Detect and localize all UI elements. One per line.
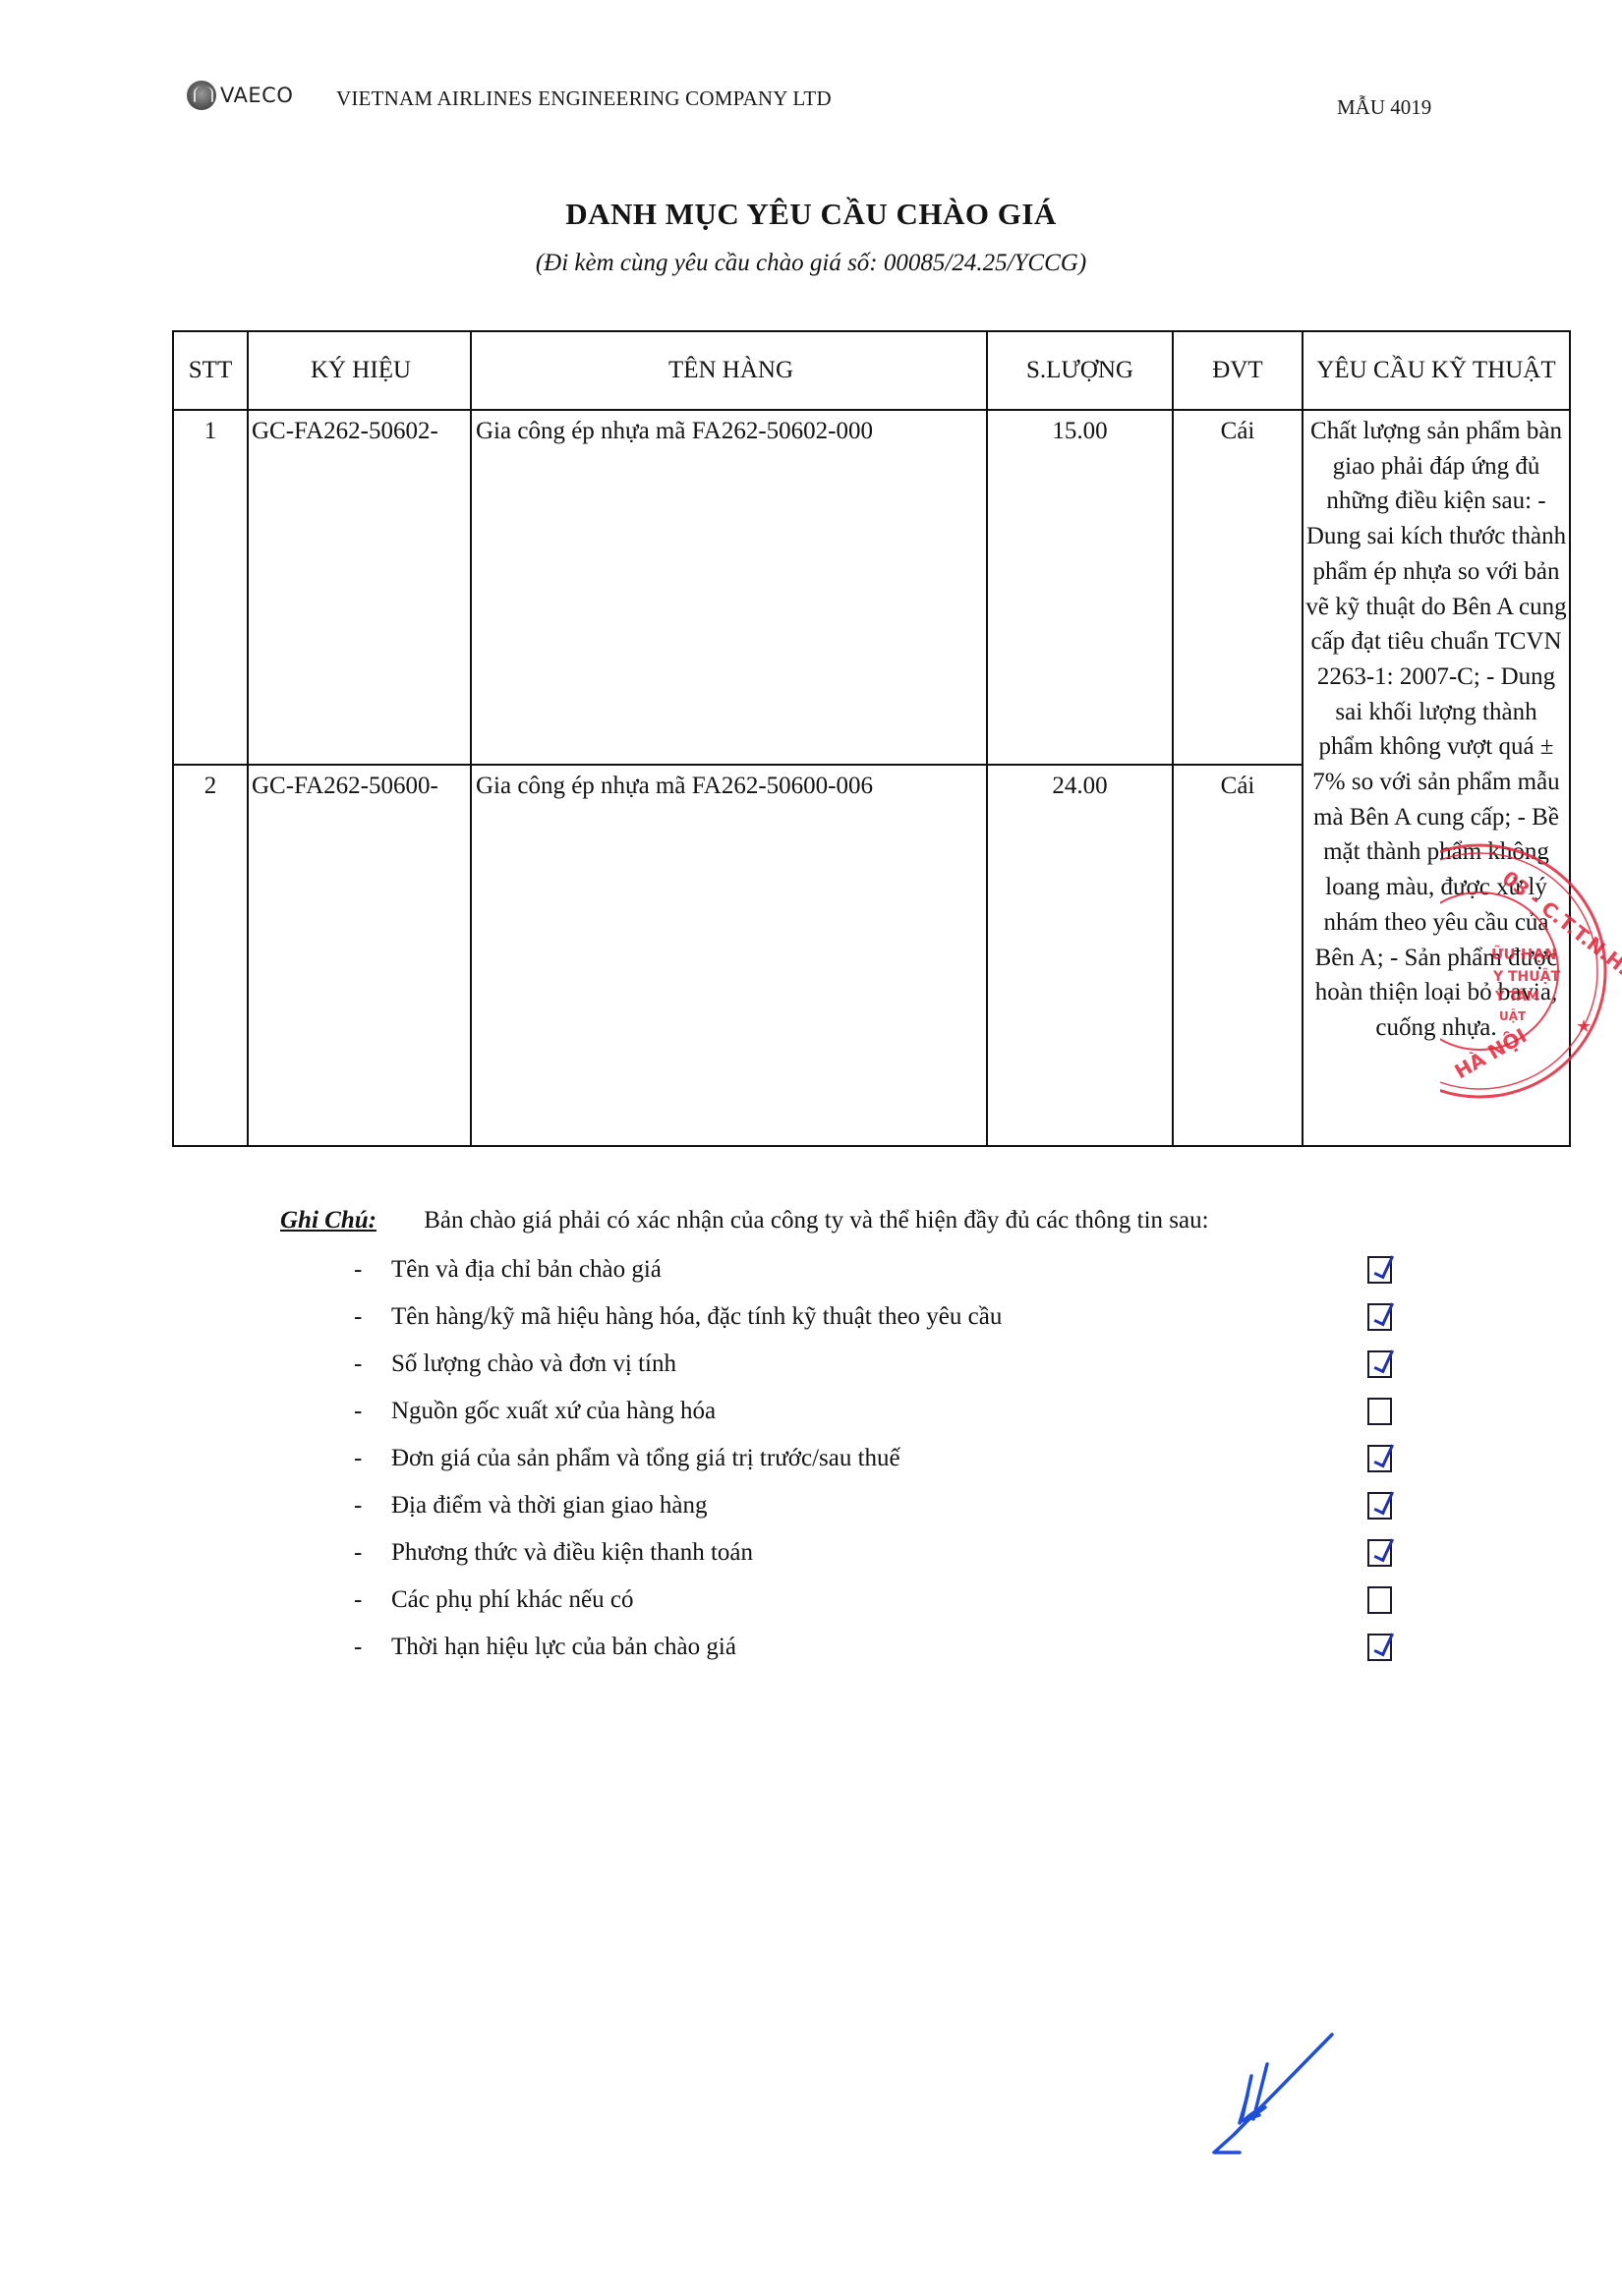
checklist-item: - Các phụ phí khác nếu có (354, 1577, 1406, 1624)
checklist-item: - Số lượng chào và đơn vị tính (354, 1341, 1406, 1388)
cell-stt: 1 (173, 410, 248, 765)
checkbox-checked-icon[interactable] (1367, 1350, 1392, 1378)
checklist-item-label: Đơn giá của sản phẩm và tổng giá trị trư… (391, 1445, 1367, 1472)
checklist-item-label: Địa điểm và thời gian giao hàng (391, 1492, 1367, 1520)
checkbox-checked-icon[interactable] (1367, 1492, 1392, 1520)
checkbox-checked-icon[interactable] (1367, 1634, 1392, 1661)
bullet-dash: - (354, 1350, 391, 1378)
checklist-item: - Địa điểm và thời gian giao hàng (354, 1482, 1406, 1529)
cell-name: Gia công ép nhựa mã FA262-50600-006 (471, 765, 987, 1146)
checklist-item: - Phương thức và điều kiện thanh toán (354, 1529, 1406, 1577)
checklist-item: - Tên hàng/kỹ mã hiệu hàng hóa, đặc tính… (354, 1293, 1406, 1341)
checklist-item-label: Tên và địa chỉ bản chào giá (391, 1256, 1367, 1284)
requirements-checklist: - Tên và địa chỉ bản chào giá - Tên hàng… (354, 1246, 1406, 1671)
checklist-item-label: Tên hàng/kỹ mã hiệu hàng hóa, đặc tính k… (391, 1303, 1367, 1331)
checklist-item: - Đơn giá của sản phẩm và tổng giá trị t… (354, 1435, 1406, 1482)
checkbox-checked-icon[interactable] (1367, 1303, 1392, 1331)
checklist-item: - Tên và địa chỉ bản chào giá (354, 1246, 1406, 1293)
notes-section: Ghi Chú: Bản chào giá phải có xác nhận c… (280, 1207, 1209, 1234)
checklist-item-label: Phương thức và điều kiện thanh toán (391, 1539, 1367, 1567)
logo-text: VAECO (220, 84, 293, 107)
svg-text:Y THUẬT: Y THUẬT (1492, 967, 1560, 985)
svg-text:UẬT: UẬT (1499, 1008, 1527, 1023)
svg-text:ỮU HẠN: ỮU HẠN (1491, 945, 1557, 963)
cell-unit: Cái (1173, 410, 1303, 765)
lotus-logo-icon (187, 81, 216, 110)
checklist-item-label: Nguồn gốc xuất xứ của hàng hóa (391, 1398, 1367, 1425)
bullet-dash: - (354, 1256, 391, 1284)
bullet-dash: - (354, 1634, 391, 1661)
bullet-dash: - (354, 1398, 391, 1425)
checkbox-checked-icon[interactable] (1367, 1445, 1392, 1472)
bullet-dash: - (354, 1586, 391, 1614)
document-title: DANH MỤC YÊU CẦU CHÀO GIÁ (0, 197, 1622, 232)
bullet-dash: - (354, 1303, 391, 1331)
cell-unit: Cái (1173, 765, 1303, 1146)
bullet-dash: - (354, 1445, 391, 1472)
table-header-row: STT KÝ HIỆU TÊN HÀNG S.LƯỢNG ĐVT YÊU CẦU… (173, 331, 1570, 410)
company-logo: VAECO (187, 81, 293, 110)
company-name: VIETNAM AIRLINES ENGINEERING COMPANY LTD (336, 86, 832, 111)
form-code: MẪU 4019 (1337, 95, 1431, 120)
cell-code: GC-FA262-50600- (248, 765, 471, 1146)
col-header-unit: ĐVT (1173, 331, 1303, 410)
svg-text:HÀ NỘI: HÀ NỘI (1451, 1023, 1532, 1083)
cell-quantity: 15.00 (987, 410, 1173, 765)
bullet-dash: - (354, 1492, 391, 1520)
col-header-quantity: S.LƯỢNG (987, 331, 1173, 410)
cell-quantity: 24.00 (987, 765, 1173, 1146)
document-subtitle: (Đi kèm cùng yêu cầu chào giá số: 00085/… (0, 250, 1622, 277)
col-header-name: TÊN HÀNG (471, 331, 987, 410)
checkbox-checked-icon[interactable] (1367, 1256, 1392, 1284)
bullet-dash: - (354, 1539, 391, 1567)
checklist-item-label: Thời hạn hiệu lực của bản chào giá (391, 1634, 1367, 1661)
col-header-stt: STT (173, 331, 248, 410)
checkbox-unchecked-icon[interactable] (1367, 1586, 1392, 1614)
table-row: 1 GC-FA262-50602- Gia công ép nhựa mã FA… (173, 410, 1570, 765)
svg-text:★: ★ (1576, 1016, 1592, 1037)
signature-mark (1194, 2025, 1342, 2162)
checklist-item: - Thời hạn hiệu lực của bản chào giá (354, 1624, 1406, 1671)
checklist-item: - Nguồn gốc xuất xứ của hàng hóa (354, 1388, 1406, 1435)
notes-intro: Bản chào giá phải có xác nhận của công t… (424, 1207, 1208, 1234)
checkbox-unchecked-icon[interactable] (1367, 1398, 1392, 1425)
checklist-item-label: Các phụ phí khác nếu có (391, 1586, 1367, 1614)
items-table: STT KÝ HIỆU TÊN HÀNG S.LƯỢNG ĐVT YÊU CẦU… (172, 330, 1571, 1147)
checkbox-checked-icon[interactable] (1367, 1539, 1392, 1567)
checklist-item-label: Số lượng chào và đơn vị tính (391, 1350, 1367, 1378)
cell-code: GC-FA262-50602- (248, 410, 471, 765)
company-stamp: 03 - C.T.T.N.H.H ỮU HẠN Y THUẬT Ỹ TÂM UẬ… (1440, 833, 1622, 1099)
notes-label: Ghi Chú: (280, 1207, 377, 1234)
svg-text:Ỹ TÂM: Ỹ TÂM (1494, 989, 1539, 1004)
cell-name: Gia công ép nhựa mã FA262-50602-000 (471, 410, 987, 765)
cell-stt: 2 (173, 765, 248, 1146)
col-header-technical-requirements: YÊU CẦU KỸ THUẬT (1303, 331, 1570, 410)
col-header-code: KÝ HIỆU (248, 331, 471, 410)
